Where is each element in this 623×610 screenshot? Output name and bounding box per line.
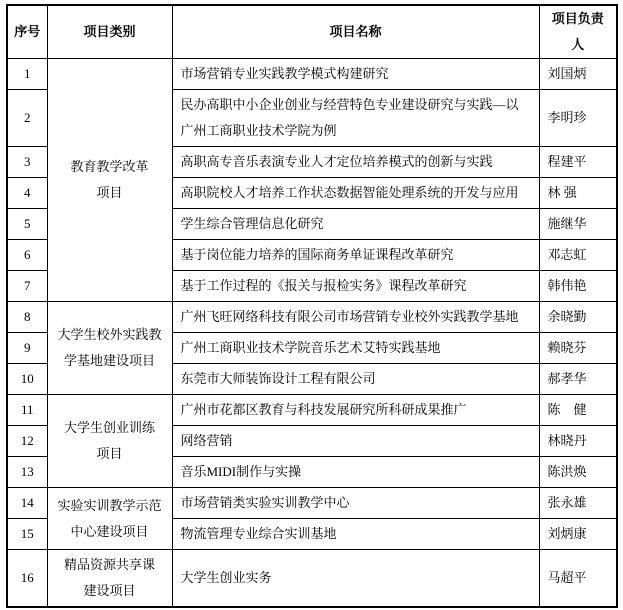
header-row: 序号 项目类别 项目名称 项目负责 人 [7,5,617,59]
cell-project-name: 物流管理专业综合实训基地 [172,519,539,550]
header-index: 序号 [7,5,47,59]
cell-leader: 邓志虹 [539,240,617,271]
cell-category: 教育教学改革 项目 [47,59,172,302]
cell-project-name: 高职高专音乐表演专业人才定位培养模式的创新与实践 [172,147,539,178]
table-row: 14 实验实训教学示范 中心建设项目 市场营销类实验实训教学中心 张永雄 [7,488,617,519]
cell-category: 精品资源共享课 建设项目 [47,550,172,607]
cell-leader: 韩伟艳 [539,271,617,302]
table-body: 1 教育教学改革 项目 市场营销专业实践教学模式构建研究 刘国炳 2 民办高职中… [7,59,617,607]
cell-leader: 赖晓芬 [539,333,617,364]
table-row: 8 大学生校外实践教 学基地建设项目 广州飞旺网络科技有限公司市场营销专业校外实… [7,302,617,333]
table-header: 序号 项目类别 项目名称 项目负责 人 [7,5,617,59]
cell-leader: 李明珍 [539,90,617,147]
cell-index: 16 [7,550,47,607]
cell-project-name: 广州市花都区教育与科技发展研究所科研成果推广 [172,395,539,426]
table-row: 11 大学生创业训练 项目 广州市花都区教育与科技发展研究所科研成果推广 陈 健 [7,395,617,426]
cell-index: 4 [7,178,47,209]
cell-index: 6 [7,240,47,271]
cell-category: 实验实训教学示范 中心建设项目 [47,488,172,550]
cell-project-name: 广州飞旺网络科技有限公司市场营销专业校外实践教学基地 [172,302,539,333]
table-row: 16 精品资源共享课 建设项目 大学生创业实务 马超平 [7,550,617,607]
cell-leader: 刘炳康 [539,519,617,550]
table-row: 1 教育教学改革 项目 市场营销专业实践教学模式构建研究 刘国炳 [7,59,617,90]
cell-category: 大学生创业训练 项目 [47,395,172,488]
cell-index: 13 [7,457,47,488]
cell-project-name: 学生综合管理信息化研究 [172,209,539,240]
cell-leader: 陈 健 [539,395,617,426]
cell-index: 7 [7,271,47,302]
cell-project-name: 大学生创业实务 [172,550,539,607]
cell-index: 1 [7,59,47,90]
projects-table: 序号 项目类别 项目名称 项目负责 人 1 教育教学改革 项目 市场营销专业实践… [6,4,618,608]
cell-leader: 刘国炳 [539,59,617,90]
header-leader: 项目负责 人 [539,5,617,59]
cell-project-name: 市场营销类实验实训教学中心 [172,488,539,519]
cell-category: 大学生校外实践教 学基地建设项目 [47,302,172,395]
cell-project-name: 市场营销专业实践教学模式构建研究 [172,59,539,90]
cell-leader: 陈洪焕 [539,457,617,488]
cell-leader: 马超平 [539,550,617,607]
cell-leader: 程建平 [539,147,617,178]
cell-project-name: 高职院校人才培养工作状态数据智能处理系统的开发与应用 [172,178,539,209]
cell-index: 10 [7,364,47,395]
cell-project-name: 基于工作过程的《报关与报检实务》课程改革研究 [172,271,539,302]
cell-index: 8 [7,302,47,333]
cell-index: 15 [7,519,47,550]
cell-project-name: 基于岗位能力培养的国际商务单证课程改革研究 [172,240,539,271]
header-category: 项目类别 [47,5,172,59]
cell-index: 2 [7,90,47,147]
header-project-name: 项目名称 [172,5,539,59]
cell-index: 3 [7,147,47,178]
cell-leader: 施继华 [539,209,617,240]
cell-index: 5 [7,209,47,240]
cell-leader: 林 强 [539,178,617,209]
cell-leader: 余晓勤 [539,302,617,333]
cell-index: 11 [7,395,47,426]
cell-index: 12 [7,426,47,457]
cell-project-name: 网络营销 [172,426,539,457]
cell-leader: 林晓丹 [539,426,617,457]
cell-project-name: 广州工商职业技术学院音乐艺术艾特实践基地 [172,333,539,364]
cell-index: 9 [7,333,47,364]
cell-leader: 张永雄 [539,488,617,519]
cell-project-name: 东莞市大师装饰设计工程有限公司 [172,364,539,395]
cell-leader: 郝孝华 [539,364,617,395]
cell-index: 14 [7,488,47,519]
cell-project-name: 音乐MIDI制作与实操 [172,457,539,488]
cell-project-name: 民办高职中小企业创业与经营特色专业建设研究与实践—以广州工商职业技术学院为例 [172,90,539,147]
